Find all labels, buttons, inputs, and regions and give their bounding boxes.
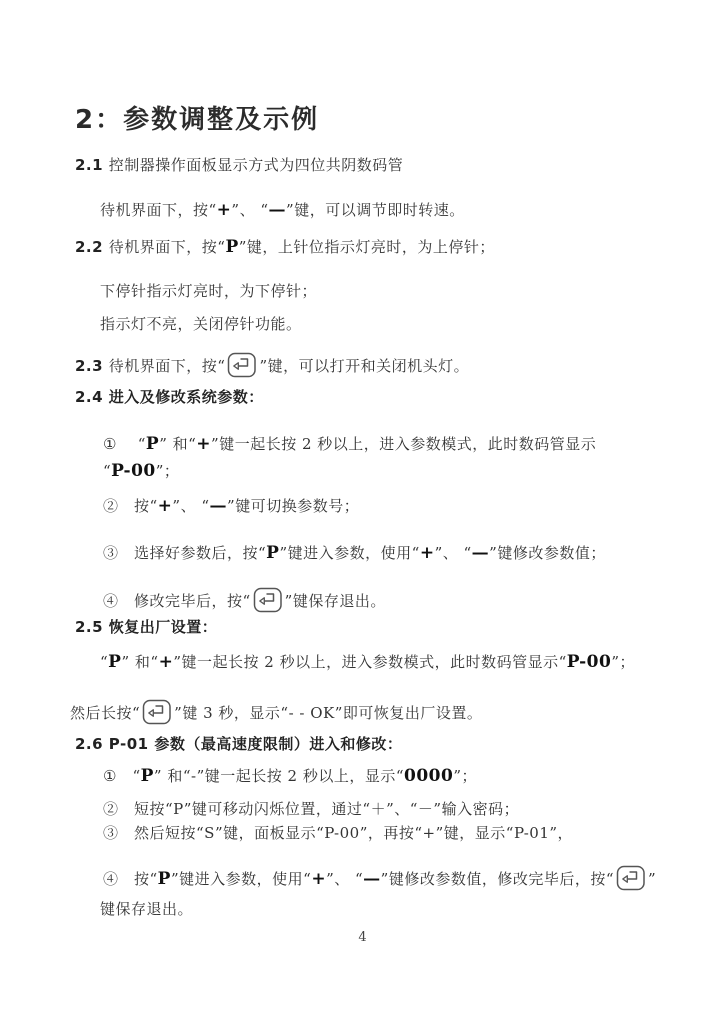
page-number: 4 — [0, 930, 725, 945]
key-label: + — [196, 434, 211, 454]
document-page: 2：参数调整及示例 2.1 控制器操作面板显示方式为四位共阴数码管待机界面下，按… — [0, 0, 725, 1024]
text-segment: ” — [648, 870, 656, 888]
key-label: + — [158, 496, 173, 516]
text-segment: ”键修改参数值； — [489, 544, 606, 562]
text-segment: ① “ — [103, 767, 141, 785]
section-2-5-heading: 2.5 恢复出厂设置： — [75, 617, 689, 637]
key-label: P — [158, 869, 171, 889]
step-2-4-4: ④ 修改完毕后，按“ ”键保存退出。 — [103, 587, 689, 613]
key-label: + — [217, 200, 232, 220]
text-segment: ”键，可以打开和关闭机头灯。 — [259, 357, 469, 375]
text-segment: ”、 “ — [172, 497, 209, 515]
document-body: 2.1 控制器操作面板显示方式为四位共阴数码管待机界面下，按“+”、 “—”键，… — [70, 155, 689, 919]
paragraph-2-2-line3: 指示灯不亮，关闭停针功能。 — [100, 314, 689, 334]
enter-return-key-icon — [253, 587, 283, 613]
step-2-4-1: ① “P” 和“+”键一起长按 2 秒以上，进入参数模式，此时数码管显示 — [103, 434, 689, 454]
text-segment: 待机界面下，按“ — [109, 357, 226, 375]
text-segment: ④ 按“ — [103, 870, 158, 888]
bold-text-segment: 2.3 — [75, 357, 109, 375]
text-segment: ”键一起长按 2 秒以上，进入参数模式，此时数码管显示 — [211, 435, 596, 453]
page-title: 2：参数调整及示例 — [75, 103, 689, 137]
text-segment: ”键保存退出。 — [285, 592, 386, 610]
key-label: P — [141, 766, 154, 786]
step-2-6-4: ④ 按“P”键进入参数，使用“+”、 “—”键修改参数值，修改完毕后，按“ ” — [103, 865, 689, 891]
text-segment: 控制器操作面板显示方式为四位共阴数码管 — [109, 156, 404, 174]
paragraph-2-5-line2: 然后长按“ ”键 3 秒，显示“- - OK”即可恢复出厂设置。 — [70, 699, 689, 725]
key-label: 0000 — [404, 766, 453, 786]
key-label: P — [266, 543, 279, 563]
text-segment: ”、 “ — [326, 870, 363, 888]
step-2-6-1: ① “P” 和“-”键一起长按 2 秒以上，显示“0000”； — [103, 766, 689, 786]
section-2-1-heading: 2.1 控制器操作面板显示方式为四位共阴数码管 — [75, 155, 689, 175]
key-label: P — [108, 652, 121, 672]
text-segment: 指示灯不亮，关闭停针功能。 — [100, 315, 302, 333]
text-segment: ”； — [611, 653, 635, 671]
text-segment: ”、 “ — [231, 201, 268, 219]
text-segment: ③ 选择好参数后，按“ — [103, 544, 266, 562]
key-label: — — [269, 200, 287, 220]
key-label: — — [210, 496, 228, 516]
text-segment: ② 短按“P”键可移动闪烁位置，通过“＋”、“－”输入密码； — [103, 800, 519, 818]
text-segment: ”键一起长按 2 秒以上，进入参数模式，此时数码管显示“ — [173, 653, 566, 671]
text-segment: ① “ — [103, 435, 146, 453]
text-segment: ”键 3 秒，显示“- - OK”即可恢复出厂设置。 — [174, 704, 482, 722]
key-label: + — [420, 543, 435, 563]
text-segment: ”键修改参数值，修改完毕后，按“ — [381, 870, 614, 888]
key-label: P — [225, 237, 238, 257]
text-segment: ② 按“ — [103, 497, 158, 515]
text-segment: ③ 然后短按“S”键，面板显示“P-00”，再按“+”键，显示“P-01”， — [103, 824, 573, 842]
step-2-6-3: ③ 然后短按“S”键，面板显示“P-00”，再按“+”键，显示“P-01”， — [103, 823, 689, 843]
text-segment: 下停针指示灯亮时，为下停针； — [100, 282, 317, 300]
section-2-6-heading: 2.6 P-01 参数（最高速度限制）进入和修改： — [75, 734, 689, 754]
bold-text-segment: 2.1 — [75, 156, 109, 174]
step-2-4-3: ③ 选择好参数后，按“P”键进入参数，使用“+”、 “—”键修改参数值； — [103, 543, 689, 563]
text-segment: ” 和“-”键一起长按 2 秒以上，显示“ — [154, 767, 404, 785]
key-label: P — [146, 434, 159, 454]
text-segment: ”键进入参数，使用“ — [171, 870, 311, 888]
text-segment: “ — [103, 462, 111, 480]
key-label: P-00 — [567, 652, 612, 672]
paragraph-2-1-body: 待机界面下，按“+”、 “—”键，可以调节即时转速。 — [100, 200, 689, 220]
text-segment: “ — [100, 653, 108, 671]
key-label: — — [472, 543, 490, 563]
text-segment: ”键可切换参数号； — [227, 497, 359, 515]
bold-text-segment: 2.5 恢复出厂设置： — [75, 618, 217, 636]
enter-return-key-icon — [227, 352, 257, 378]
bold-text-segment: 2.2 — [75, 238, 109, 256]
text-segment: ”、 “ — [435, 544, 472, 562]
text-segment: ” 和“ — [121, 653, 158, 671]
section-2-3-line: 2.3 待机界面下，按“ ”键，可以打开和关闭机头灯。 — [75, 352, 689, 378]
text-segment: ”； — [156, 462, 180, 480]
text-segment: 待机界面下，按“ — [109, 238, 226, 256]
bold-text-segment: 2.4 进入及修改系统参数： — [75, 388, 264, 406]
step-2-4-1-continued: “P-00”； — [103, 461, 689, 481]
text-segment: ”键，上针位指示灯亮时，为上停针； — [239, 238, 495, 256]
key-label: + — [159, 652, 174, 672]
paragraph-2-5-body: “P” 和“+”键一起长按 2 秒以上，进入参数模式，此时数码管显示“P-00”… — [100, 652, 689, 672]
enter-return-key-icon — [142, 699, 172, 725]
text-segment: ”键进入参数，使用“ — [279, 544, 419, 562]
text-segment: ”键，可以调节即时转速。 — [286, 201, 465, 219]
text-segment: ”； — [453, 767, 477, 785]
text-segment: ④ 修改完毕后，按“ — [103, 592, 251, 610]
key-label: — — [363, 869, 381, 889]
text-segment: 然后长按“ — [70, 704, 140, 722]
text-segment: ” 和“ — [159, 435, 196, 453]
section-2-4-heading: 2.4 进入及修改系统参数： — [75, 387, 689, 407]
paragraph-2-2-line2: 下停针指示灯亮时，为下停针； — [100, 281, 689, 301]
key-label: + — [311, 869, 326, 889]
section-2-2-heading: 2.2 待机界面下，按“P”键，上针位指示灯亮时，为上停针； — [75, 237, 689, 257]
text-segment: 待机界面下，按“ — [100, 201, 217, 219]
bold-text-segment: 2.6 P-01 参数（最高速度限制）进入和修改： — [75, 735, 402, 753]
key-label: P-00 — [111, 461, 156, 481]
step-2-4-2: ② 按“+”、 “—”键可切换参数号； — [103, 496, 689, 516]
step-2-6-4-continued: 键保存退出。 — [100, 899, 689, 919]
step-2-6-2: ② 短按“P”键可移动闪烁位置，通过“＋”、“－”输入密码； — [103, 799, 689, 819]
enter-return-key-icon — [616, 865, 646, 891]
text-segment: 键保存退出。 — [100, 900, 193, 918]
